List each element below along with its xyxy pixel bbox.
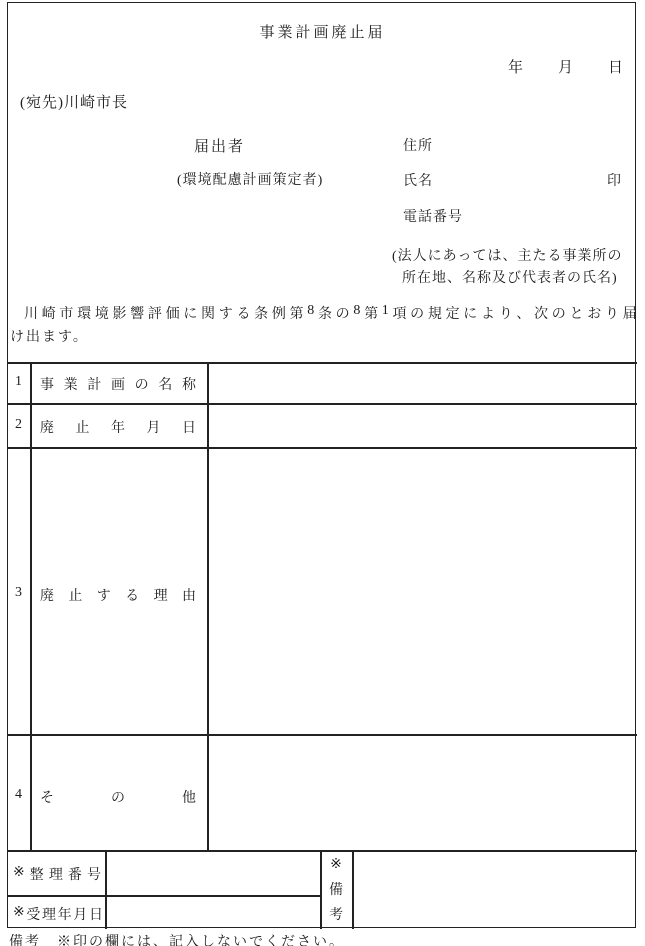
form-title: 事業計画廃止届	[0, 21, 645, 42]
statement-line2: け出ます。	[10, 326, 89, 346]
row-number-3: 3	[7, 585, 30, 601]
other-field[interactable]	[208, 735, 636, 850]
remarks-label: ※備考	[320, 851, 352, 929]
acceptance-date-cell	[107, 896, 319, 929]
grid-line	[30, 362, 32, 850]
corporate-note: (法人にあっては、主たる事業所の 所在地、名称及び代表者の氏名)	[392, 246, 634, 290]
corporate-note-line2: 所在地、名称及び代表者の氏名)	[392, 268, 634, 290]
corporate-note-line1: (法人にあっては、主たる事業所の	[392, 246, 634, 268]
row-number-1: 1	[7, 374, 30, 390]
acceptance-date-label: ※受理年月日	[13, 904, 103, 924]
year-label: 年	[508, 56, 523, 77]
row-number-4: 4	[7, 787, 30, 803]
name-label: 氏名	[403, 170, 433, 190]
reference-number-label: ※整理番号	[13, 864, 101, 884]
row-label-abolition-reason: 廃止する理由	[40, 585, 196, 605]
abolition-notification-form: 事業計画廃止届 年 月 日 (宛先)川崎市長 届出者 (環境配慮計画策定者) 住…	[0, 0, 645, 946]
month-label: 月	[558, 56, 573, 77]
plan-name-field[interactable]	[208, 363, 636, 403]
abolition-date-field[interactable]	[208, 404, 636, 447]
reference-number-cell	[107, 851, 319, 895]
footnote: 備考 ※印の欄には、記入しないでください。	[9, 931, 345, 946]
notifier-sublabel: (環境配慮計画策定者)	[177, 169, 323, 189]
row-label-abolition-date: 廃止年月日	[40, 417, 196, 437]
remarks-cell	[354, 851, 636, 929]
row-label-plan-name: 事業計画の名称	[40, 374, 196, 394]
date-line: 年 月 日	[508, 56, 623, 77]
phone-label: 電話番号	[403, 206, 463, 226]
day-label: 日	[608, 56, 623, 77]
addressee-line: (宛先)川崎市長	[20, 91, 128, 112]
seal-mark: 印	[607, 170, 621, 190]
row-number-2: 2	[7, 417, 30, 433]
notifier-label: 届出者	[194, 135, 245, 156]
statement-line1: 川崎市環境影響評価に関する条例第8条の8第1項の規定により、次のとおり届	[10, 303, 637, 323]
row-label-other: その他	[40, 787, 196, 807]
address-label: 住所	[403, 135, 433, 155]
abolition-reason-field[interactable]	[208, 448, 636, 734]
